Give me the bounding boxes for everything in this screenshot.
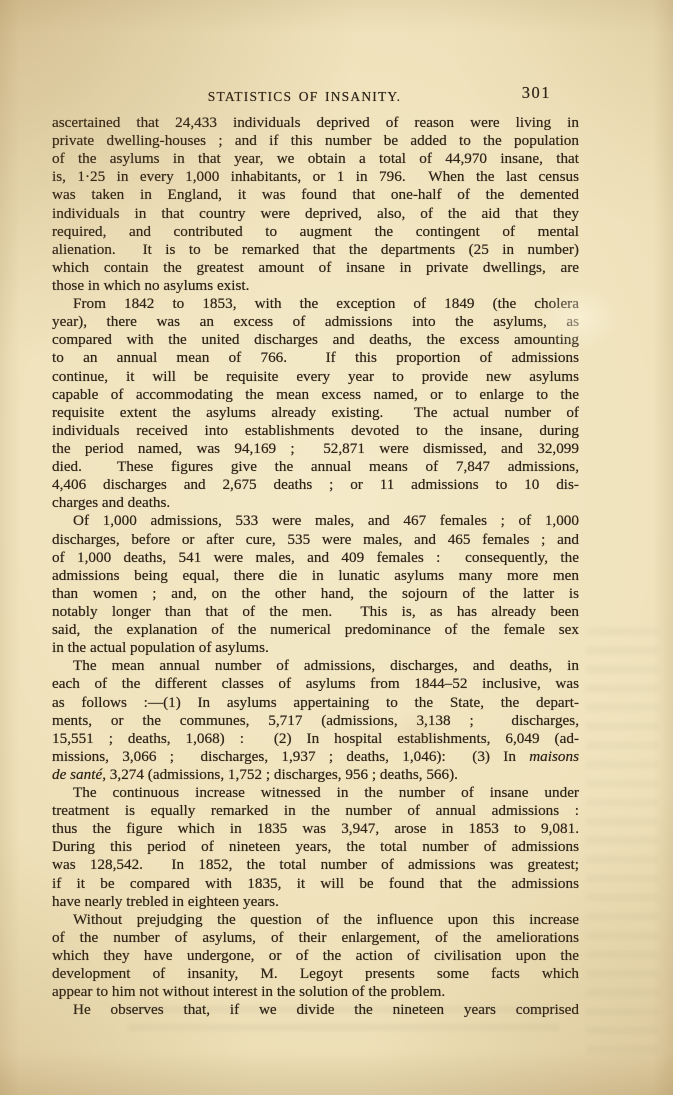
- text-line: each of the different classes of asylums…: [52, 675, 579, 693]
- text-line: requisite extent the asylums already exi…: [52, 404, 579, 422]
- text-line: 15,551 ; deaths, 1,068) : (2) In hospita…: [52, 730, 579, 748]
- text-line: those in which no asylums exist.: [52, 277, 579, 295]
- running-head: STATISTICS OF INSANITY. 301: [52, 88, 579, 106]
- text-line: was taken in England, it was found that …: [52, 186, 579, 204]
- text-line: Of 1,000 admissions, 533 were males, and…: [52, 512, 579, 530]
- page-body: ascertained that 24,433 individuals depr…: [52, 114, 579, 1019]
- text-line: discharges, before or after cure, 535 we…: [52, 531, 579, 549]
- text-line: de santé, 3,274 (admissions, 1,752 ; dis…: [52, 766, 579, 784]
- page-number: 301: [522, 83, 551, 103]
- paragraph: ascertained that 24,433 individuals depr…: [52, 114, 579, 295]
- text-line: is, 1·25 in every 1,000 inhabitants, or …: [52, 168, 579, 186]
- text-line: of the number of asylums, of their enlar…: [52, 929, 579, 947]
- text-line: if it be compared with 1835, it will be …: [52, 875, 579, 893]
- bleed-through: [586, 628, 658, 1058]
- text-line: alienation. It is to be remarked that th…: [52, 241, 579, 259]
- text-line: The continuous increase witnessed in the…: [52, 784, 579, 802]
- text-line: year), there was an excess of admissions…: [52, 313, 579, 331]
- text-line: He observes that, if we divide the ninet…: [52, 1001, 579, 1019]
- paragraph: Without prejudging the question of the i…: [52, 911, 579, 1002]
- text-line: 4,406 discharges and 2,675 deaths ; or 1…: [52, 476, 579, 494]
- paragraph: The mean annual number of admissions, di…: [52, 657, 579, 784]
- text-line: died. These figures give the annual mean…: [52, 458, 579, 476]
- text-line: ascertained that 24,433 individuals depr…: [52, 114, 579, 132]
- text-line: capable of accommodating the mean excess…: [52, 386, 579, 404]
- text-line: to an annual mean of 766. If this propor…: [52, 349, 579, 367]
- text-line: charges and deaths.: [52, 494, 579, 512]
- text-line: of 1,000 deaths, 541 were males, and 409…: [52, 549, 579, 567]
- paragraph: Of 1,000 admissions, 533 were males, and…: [52, 512, 579, 657]
- running-head-title: STATISTICS OF INSANITY.: [208, 89, 401, 105]
- text-line: as follows :—(1) In asylums appertaining…: [52, 694, 579, 712]
- text-line: individuals received into establishments…: [52, 422, 579, 440]
- text-line: was 128,542. In 1852, the total number o…: [52, 856, 579, 874]
- text-line: compared with the united discharges and …: [52, 331, 579, 349]
- text-line: of the asylums in that year, we obtain a…: [52, 150, 579, 168]
- paragraph: From 1842 to 1853, with the exception of…: [52, 295, 579, 512]
- text-line: continue, it will be requisite every yea…: [52, 368, 579, 386]
- text-line: admissions being equal, there die in lun…: [52, 567, 579, 585]
- text-line: the period named, was 94,169 ; 52,871 we…: [52, 440, 579, 458]
- text-line: ments, or the communes, 5,717 (admission…: [52, 712, 579, 730]
- paragraph: The continuous increase witnessed in the…: [52, 784, 579, 911]
- text-line: notably longer than that of the men. Thi…: [52, 603, 579, 621]
- text-line: The mean annual number of admissions, di…: [52, 657, 579, 675]
- text-line: in the actual population of asylums.: [52, 639, 579, 657]
- book-page: STATISTICS OF INSANITY. 301 ascertained …: [0, 0, 673, 1095]
- text-line: private dwelling-houses ; and if this nu…: [52, 132, 579, 150]
- text-line: appear to him not without interest in th…: [52, 983, 579, 1001]
- text-line: have nearly trebled in eighteen years.: [52, 893, 579, 911]
- text-line: missions, 3,066 ; discharges, 1,937 ; de…: [52, 748, 579, 766]
- text-line: required, and contributed to augment the…: [52, 223, 579, 241]
- text-line: said, the explanation of the numerical p…: [52, 621, 579, 639]
- paragraph: He observes that, if we divide the ninet…: [52, 1001, 579, 1019]
- text-line: During this period of nineteen years, th…: [52, 838, 579, 856]
- text-line: which they have undergone, or of the act…: [52, 947, 579, 965]
- text-line: treatment is equally remarked in the num…: [52, 802, 579, 820]
- text-line: individuals in that country were deprive…: [52, 205, 579, 223]
- text-line: Without prejudging the question of the i…: [52, 911, 579, 929]
- text-line: thus the figure which in 1835 was 3,947,…: [52, 820, 579, 838]
- text-line: which contain the greatest amount of ins…: [52, 259, 579, 277]
- text-line: than women ; and, on the other hand, the…: [52, 585, 579, 603]
- text-line: development of insanity, M. Legoyt prese…: [52, 965, 579, 983]
- text-line: From 1842 to 1853, with the exception of…: [52, 295, 579, 313]
